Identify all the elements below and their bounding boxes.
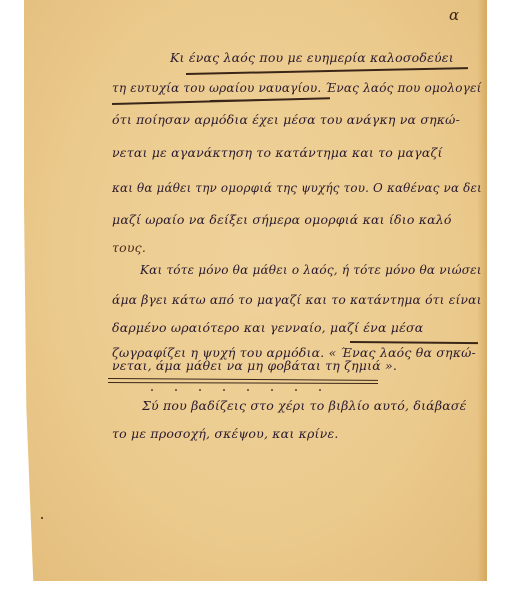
ink-speck — [41, 517, 43, 519]
text-line: τη ευτυχία του ωραίου ναυαγίου. Ένας λαό… — [112, 80, 482, 95]
dotted-separator — [140, 386, 330, 394]
text-line: άμα βγει κάτω από το μαγαζί και το κατάν… — [112, 292, 482, 307]
text-line: Κι ένας λαός που με ευημερία καλοσοδεύει — [170, 50, 454, 65]
text-line: το με προσοχή, σκέψου, και κρίνε. — [112, 426, 339, 441]
text-line: Και τότε μόνο θα μάθει ο λαός, ή τότε μό… — [140, 262, 482, 277]
text-line: νεται με αγανάκτηση το κατάντημα και το … — [112, 145, 443, 160]
text-line: δαρμένο ωραιότερο και γενναίο, μαζί ένα … — [112, 320, 423, 335]
text-line: τους. — [112, 240, 146, 255]
page-number: α — [449, 6, 459, 24]
text-line: μαζί ωραίο να δείξει σήμερα ομορφιά και … — [112, 212, 452, 227]
text-line: ότι ποίησαν αρμόδια έχει μέσα του ανάγκη… — [112, 112, 460, 127]
text-line: Σύ που βαδίζεις στο χέρι το βιβλίο αυτό,… — [142, 398, 467, 413]
text-line: νεται, άμα μάθει να μη φοβάται τη ζημιά … — [112, 358, 397, 373]
text-line: και θα μάθει την ομορφιά της ψυχής του. … — [112, 180, 482, 195]
